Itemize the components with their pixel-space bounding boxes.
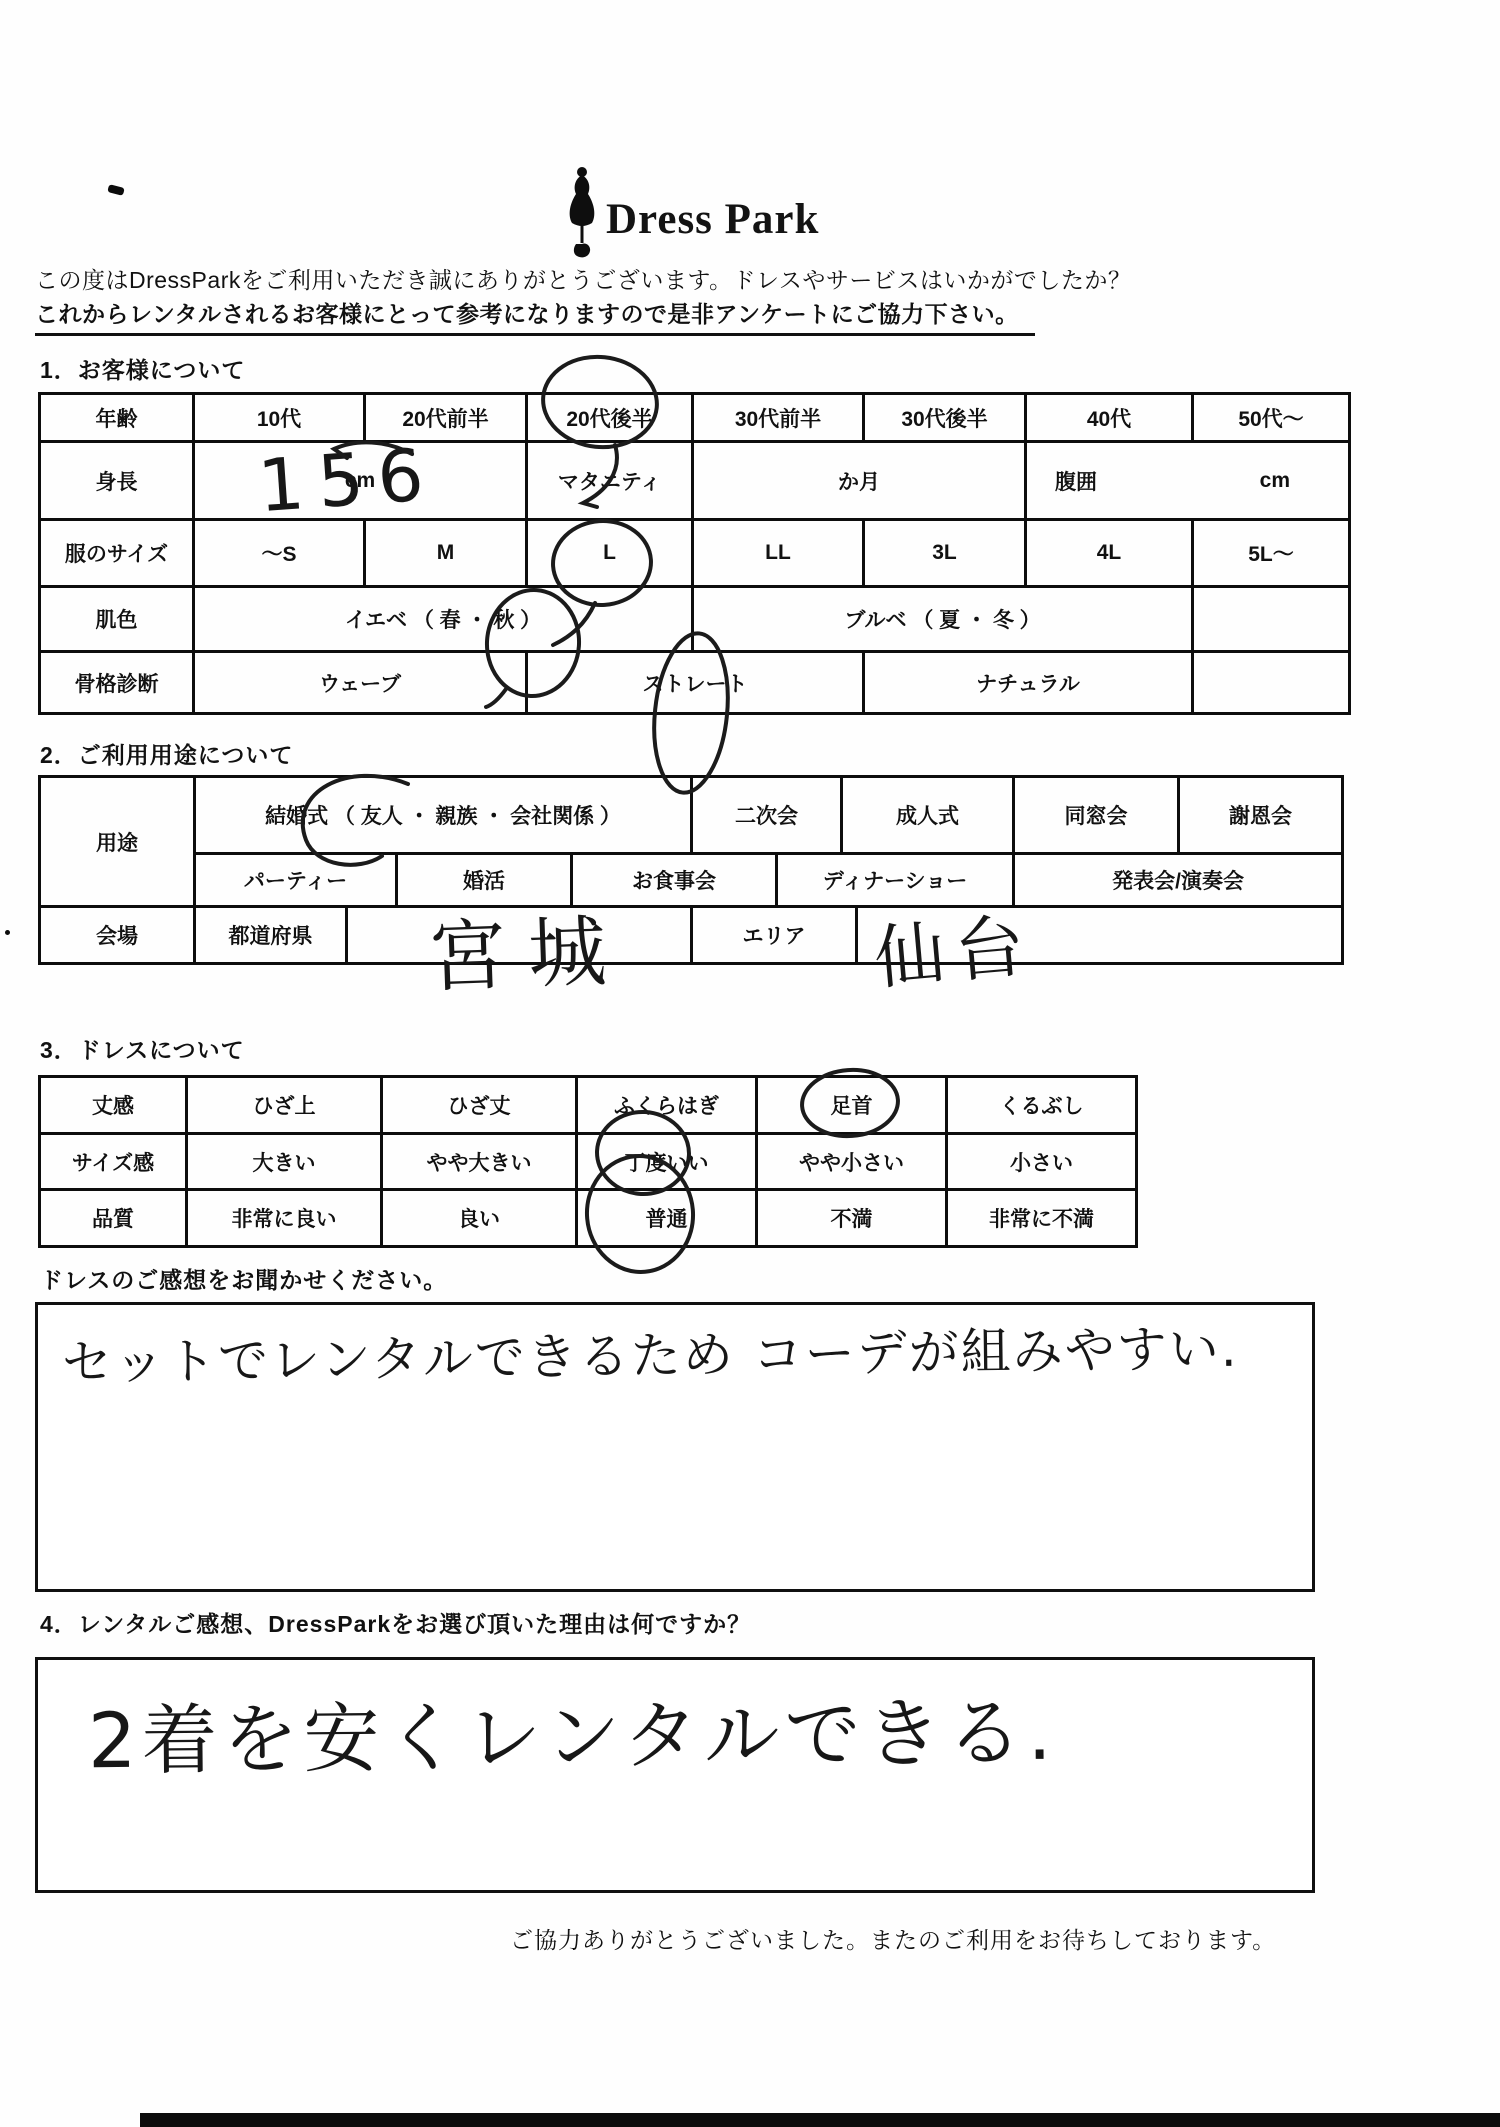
waist-cell: 腹囲 cm xyxy=(1026,442,1350,520)
dress-feedback-prompt: ドレスのご感想をお聞かせください。 xyxy=(40,1262,447,1295)
scan-dot xyxy=(5,930,10,935)
fit-label: サイズ感 xyxy=(40,1134,187,1190)
purpose-option: 発表会/演奏会 xyxy=(1014,854,1343,907)
age-option: 40代 xyxy=(1026,394,1193,442)
purpose-option: 謝恩会 xyxy=(1179,777,1343,854)
dress-form-icon xyxy=(563,166,601,258)
logo-wordmark: Dress Park xyxy=(606,195,819,244)
intro-line-2: これからレンタルされるお客様にとって参考になりますので是非アンケートにご協力下さ… xyxy=(35,296,1035,336)
height-label: 身長 xyxy=(40,442,194,520)
age-label: 年齢 xyxy=(40,394,194,442)
months-cell: か月 xyxy=(693,442,1026,520)
purpose-option: 同窓会 xyxy=(1014,777,1179,854)
length-option: ひざ上 xyxy=(187,1077,382,1134)
reason-handwriting: 2着を安くレンタルできる. xyxy=(88,1672,1057,1789)
purpose-row-2: パーティー 婚活 お食事会 ディナーショー 発表会/演奏会 xyxy=(40,854,1343,907)
scanned-survey-page: Dress Park この度はDressParkをご利用いただき誠にありがとうご… xyxy=(0,0,1500,2127)
size-option: LL xyxy=(693,520,864,587)
length-option: くるぶし xyxy=(947,1077,1137,1134)
quality-option: 良い xyxy=(382,1190,577,1247)
size-option: 5L～ xyxy=(1193,520,1350,587)
quality-option: 不満 xyxy=(757,1190,947,1247)
section3-heading: 3．ドレスについて xyxy=(40,1032,245,1065)
venue-row: 会場 都道府県 エリア xyxy=(40,907,1343,964)
size-option: 4L xyxy=(1026,520,1193,587)
quality-option: 非常に良い xyxy=(187,1190,382,1247)
size-option: M xyxy=(365,520,527,587)
fit-option: 小さい xyxy=(947,1134,1137,1190)
venue-label: 会場 xyxy=(40,907,195,964)
fit-option: 大きい xyxy=(187,1134,382,1190)
size-option: 3L xyxy=(864,520,1026,587)
prefecture-handwriting: 宮城 xyxy=(426,889,630,1008)
frame-label: 骨格診断 xyxy=(40,652,194,714)
purpose-label: 用途 xyxy=(40,777,195,907)
age-option: 30代前半 xyxy=(693,394,864,442)
circle-annotation-straight xyxy=(645,628,745,803)
quality-label: 品質 xyxy=(40,1190,187,1247)
scan-edge-bar xyxy=(140,2113,1500,2127)
circle-annotation-autumn xyxy=(478,585,593,710)
circle-annotation-friend xyxy=(278,762,433,882)
frame-option: ウェーブ xyxy=(194,652,527,714)
section2-heading: 2．ご利用用途について xyxy=(40,737,293,770)
length-option: ひざ丈 xyxy=(382,1077,577,1134)
prefecture-label: 都道府県 xyxy=(195,907,347,964)
skin-label: 肌色 xyxy=(40,587,194,652)
area-label: エリア xyxy=(692,907,857,964)
dress-feedback-handwriting: セットでレンタルできるため コーデが組みやすい. xyxy=(62,1309,1239,1395)
height-arrow-stroke xyxy=(312,430,422,472)
skin-blue-option: ブルベ （ 夏 ・ 冬 ） xyxy=(693,587,1193,652)
logo xyxy=(563,166,601,263)
age-option: 50代～ xyxy=(1193,394,1350,442)
waist-unit: cm xyxy=(1260,469,1290,493)
empty-cell xyxy=(1193,587,1350,652)
section4-heading: 4．レンタルご感想、DressParkをお選び頂いた理由は何ですか？ xyxy=(40,1606,751,1639)
circle-annotation-age xyxy=(535,352,685,517)
scan-speck xyxy=(107,184,124,196)
circle-annotation-normal xyxy=(578,1152,708,1282)
empty-cell xyxy=(1193,652,1350,714)
length-label: 丈感 xyxy=(40,1077,187,1134)
size-row: 服のサイズ ～S M L LL 3L 4L 5L～ xyxy=(40,520,1350,587)
quality-option: 非常に不満 xyxy=(947,1190,1137,1247)
fit-option: やや大きい xyxy=(382,1134,577,1190)
section1-heading: 1．お客様について xyxy=(40,352,245,385)
purpose-option-wedding: 結婚式 （ 友人 ・ 親族 ・ 会社関係 ） xyxy=(195,777,692,854)
age-option: 30代後半 xyxy=(864,394,1026,442)
height-row: 身長 cm マタニティ か月 腹囲 cm xyxy=(40,442,1350,520)
size-label: 服のサイズ xyxy=(40,520,194,587)
waist-label: 腹囲 xyxy=(1055,466,1097,496)
purpose-option: 成人式 xyxy=(842,777,1014,854)
size-option: ～S xyxy=(194,520,365,587)
usage-table: 用途 結婚式 （ 友人 ・ 親族 ・ 会社関係 ） 二次会 成人式 同窓会 謝恩… xyxy=(38,775,1344,965)
intro-line-1: この度はDressParkをご利用いただき誠にありがとうございます。ドレスやサー… xyxy=(35,262,1131,295)
frame-option: ナチュラル xyxy=(864,652,1193,714)
area-handwriting: 仙台 xyxy=(870,889,1038,1004)
footer-thanks: ご協力ありがとうございました。またのご利用をお待ちしております。 xyxy=(510,1922,1276,1955)
age-row: 年齢 10代 20代前半 20代後半 30代前半 30代後半 40代 50代～ xyxy=(40,394,1350,442)
circle-annotation-ankle xyxy=(795,1063,907,1143)
